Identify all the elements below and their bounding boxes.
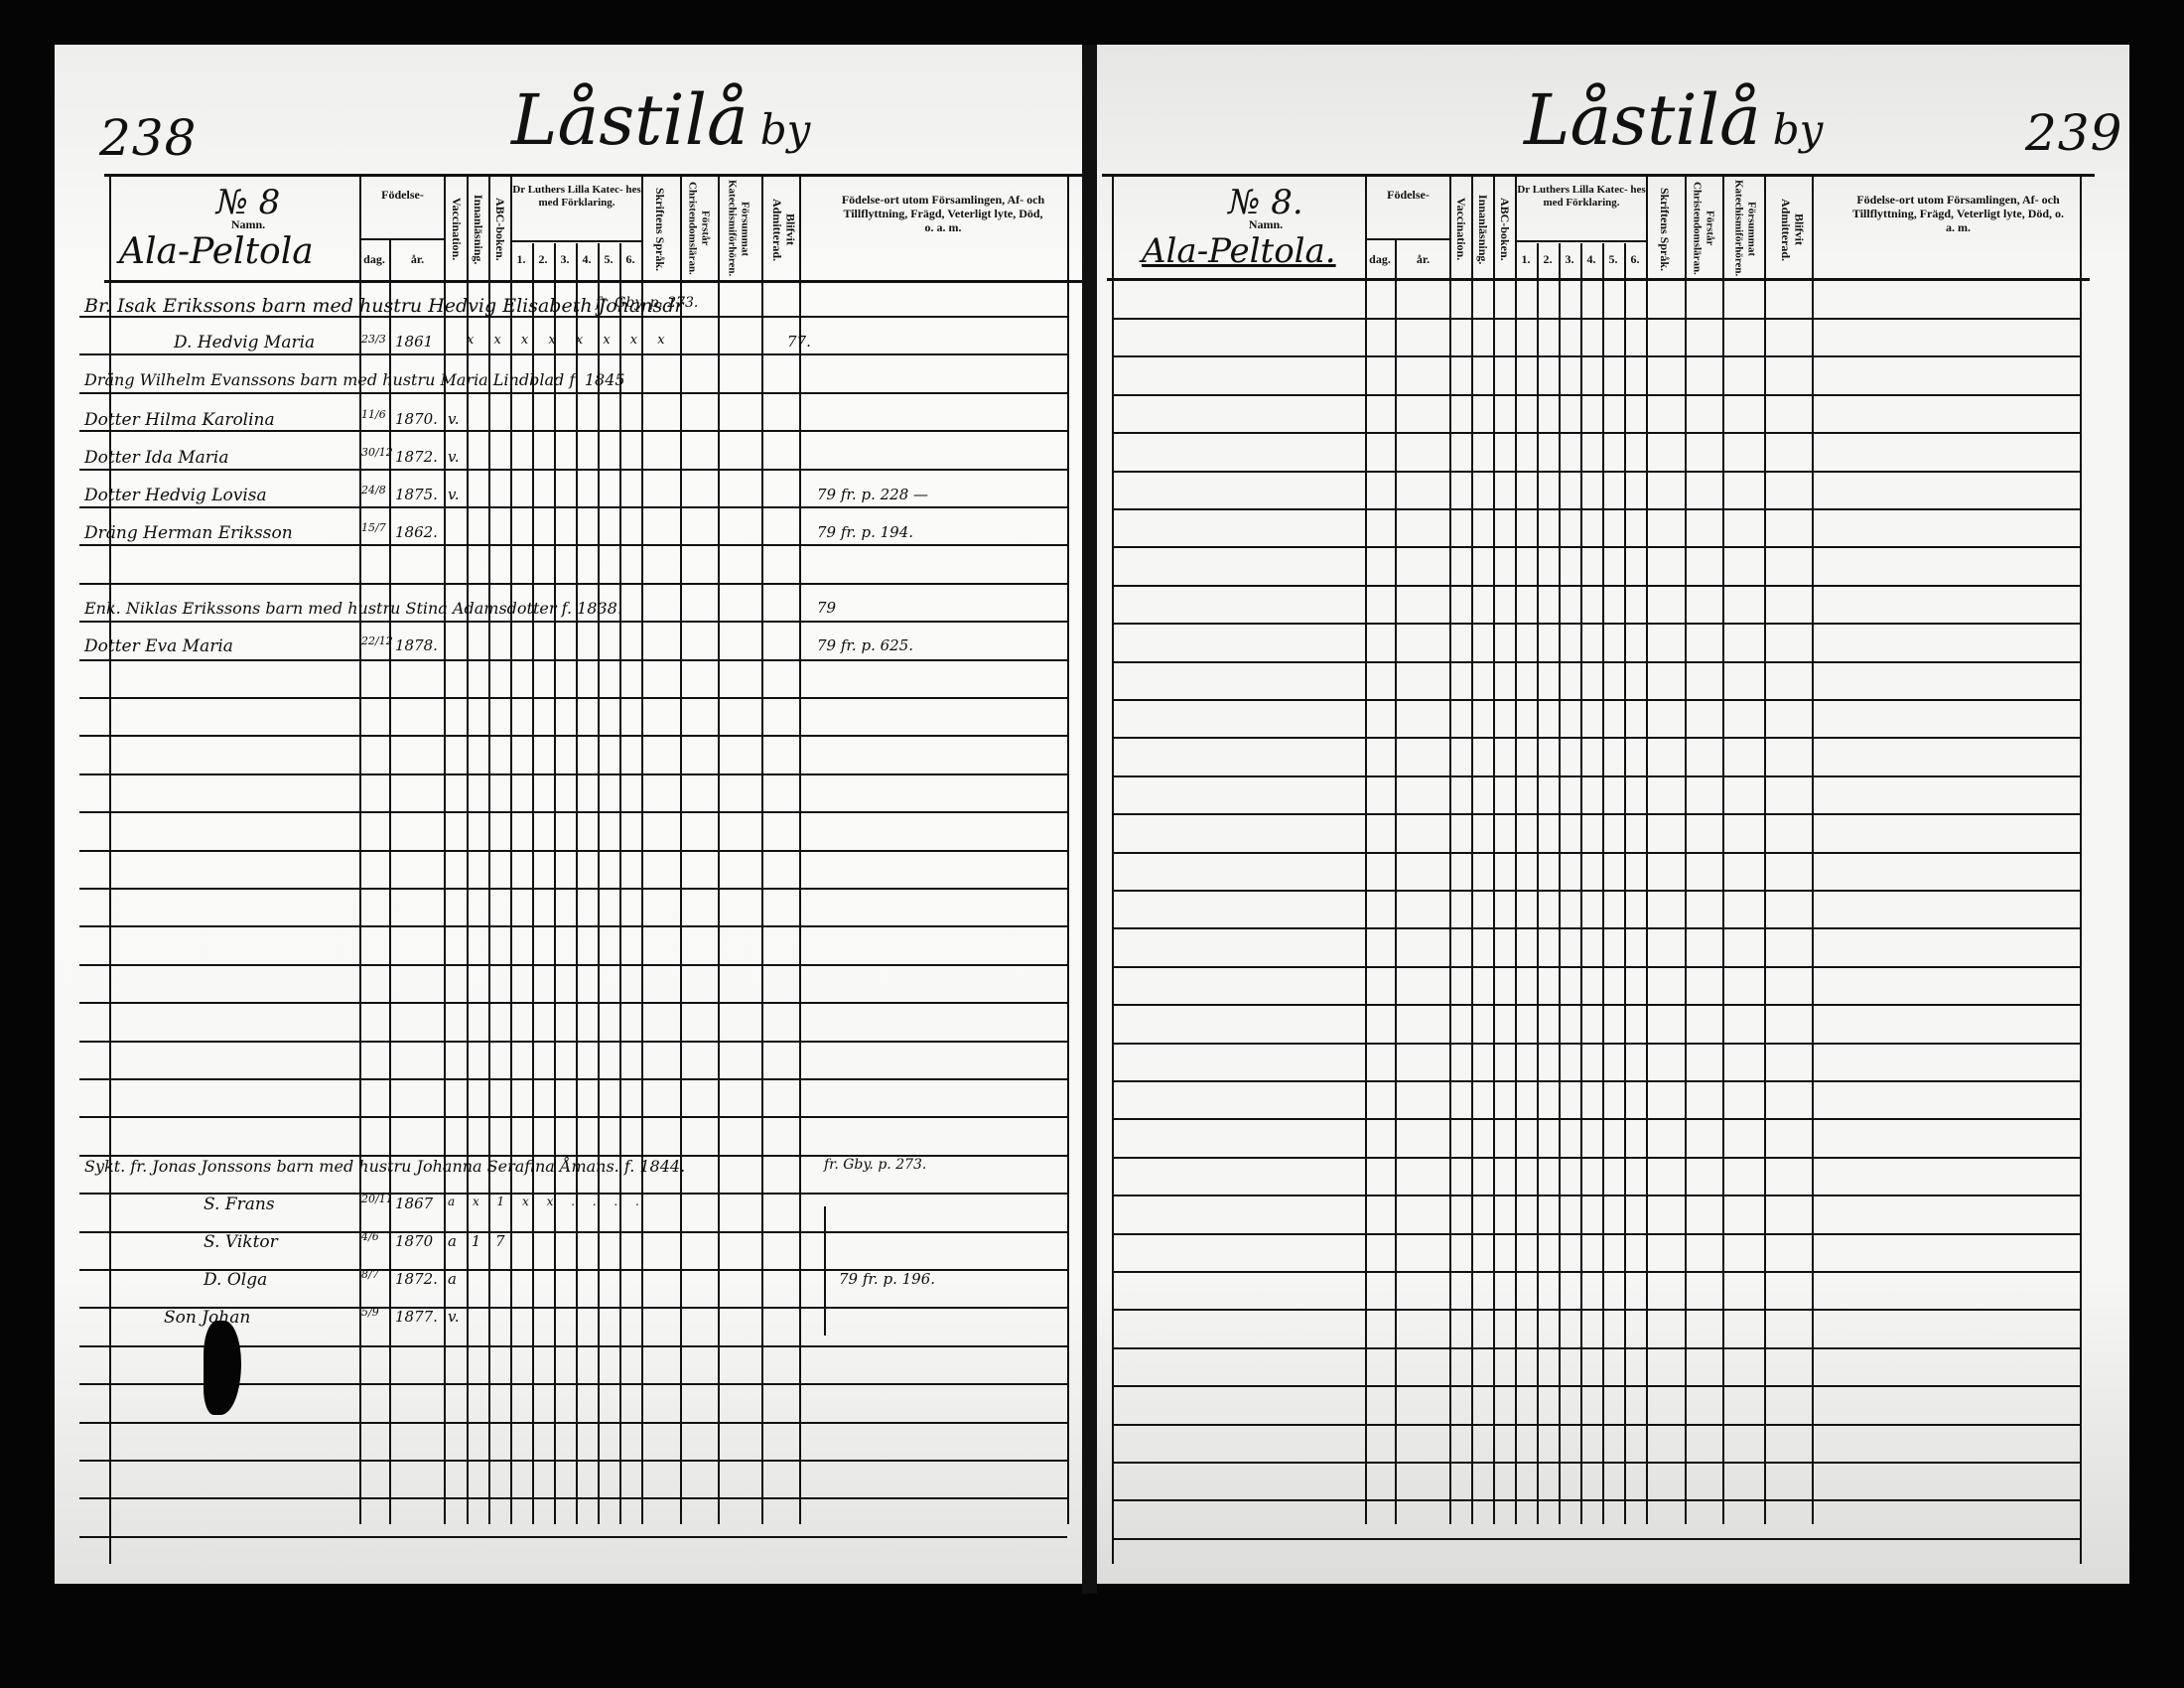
row-rule — [1112, 623, 2080, 625]
ink-blot — [204, 1321, 241, 1415]
kat-col-5: 5. — [598, 253, 619, 267]
vaccination-header: Vaccination. — [1453, 184, 1467, 275]
entry-name: S. Frans — [204, 1195, 275, 1214]
col-border — [619, 243, 621, 1524]
row-rule — [79, 621, 1067, 623]
entry-marks: x x x x x x x x — [467, 333, 673, 348]
katekes-sub-rule — [510, 240, 641, 242]
entry-name: Br. Isak Erikssons barn med hustru Hedvi… — [84, 295, 683, 317]
col-border — [1515, 174, 1517, 1524]
table-top-rule — [1102, 174, 2095, 177]
col-border — [576, 243, 578, 1524]
col-border — [554, 243, 556, 1524]
kat-col-3: 3. — [554, 253, 576, 267]
page-number: 238 — [99, 109, 197, 167]
col-border — [1471, 174, 1473, 1524]
kat-col-4: 4. — [1580, 253, 1602, 267]
row-rule — [79, 925, 1067, 927]
village-title: Låstilåby — [1524, 79, 1823, 161]
row-rule — [1112, 471, 2080, 473]
dag-header: dag. — [1365, 253, 1395, 267]
row-rule — [1112, 890, 2080, 892]
entry-name: D. Hedvig Maria — [174, 333, 315, 352]
entry-dag: 23/3 — [361, 333, 386, 346]
row-rule — [79, 735, 1067, 737]
col-border — [1449, 174, 1451, 1524]
book-spine — [1082, 45, 1097, 1594]
row-rule — [1112, 355, 2080, 357]
entry-remarks: fr. Gby. p. 273. — [596, 295, 698, 311]
row-rule — [79, 1002, 1067, 1004]
col-border — [2080, 174, 2082, 1564]
col-border — [1646, 174, 1648, 1524]
entry-dag: 30/12 — [361, 446, 393, 459]
row-rule — [79, 697, 1067, 699]
row-rule — [1112, 1004, 2080, 1006]
row-rule — [1112, 1080, 2080, 1082]
row-rule — [79, 506, 1067, 508]
row-rule — [1112, 432, 2080, 434]
row-rule — [1112, 1195, 2080, 1196]
fodelse-header: Födelse- — [361, 189, 444, 203]
skriftens-header: Skriftens Språk. — [652, 184, 666, 275]
row-rule — [1112, 927, 2080, 929]
col-border — [532, 243, 534, 1524]
entry-ar: 1867 — [395, 1195, 433, 1212]
household-number-header: № 8 Namn. — [149, 184, 347, 232]
household-name: Ala-Peltola — [119, 231, 314, 272]
entry-ar: 1875. — [395, 486, 438, 503]
entry-name: Dräng Herman Eriksson — [84, 523, 293, 543]
entry-name: Son Johan — [164, 1308, 250, 1328]
ar-header: år. — [1397, 253, 1449, 267]
katekes-header: Dr Luthers Lilla Katec- hes med Förklari… — [1517, 184, 1646, 209]
kat-col-1: 1. — [1515, 253, 1537, 267]
col-border — [1365, 174, 1367, 1524]
row-rule — [1112, 1157, 2080, 1159]
row-rule — [1112, 699, 2080, 701]
name-header: Namn. — [149, 218, 347, 232]
row-rule — [1112, 318, 2080, 320]
entry-ar: 1861 — [395, 333, 433, 351]
entry-marks: a x 1 x x . . . . — [448, 1195, 646, 1208]
household-name: Ala-Peltola. — [1142, 231, 1336, 271]
col-border — [1112, 174, 1114, 1564]
entry-marks: a — [448, 1270, 457, 1288]
row-rule — [79, 964, 1067, 966]
entry-remarks: 79 fr. p. 196. — [839, 1270, 935, 1288]
village-suffix: by — [1773, 105, 1824, 154]
entry-name: Sykt. fr. Jonas Jonssons barn med hustru… — [84, 1157, 685, 1176]
row-rule — [1112, 585, 2080, 587]
entry-ar: 1872. — [395, 1270, 438, 1288]
col-border — [1722, 174, 1724, 1524]
right-page: Låstilåby 239 № 8. Namn. Ala-Peltola. Fö… — [1097, 45, 2129, 1584]
row-rule — [79, 430, 1067, 432]
kat-col-4: 4. — [576, 253, 598, 267]
forstar-header: Förstår Christendomsläran. — [686, 180, 711, 277]
col-border — [1559, 243, 1561, 1524]
entry-name: Dotter Hedvig Lovisa — [84, 486, 267, 505]
col-border — [1537, 243, 1539, 1524]
col-border — [1602, 243, 1604, 1524]
vaccination-header: Vaccination. — [449, 184, 463, 275]
row-rule — [79, 850, 1067, 852]
entry-remarks: 79 fr. p. 625. — [817, 636, 913, 654]
remarks-header: Födelse-ort utom Församlingen, Af- och T… — [1851, 194, 2065, 234]
entry-remarks: fr. Gby. p. 273. — [824, 1157, 926, 1173]
forsummat-header: Försummat Katechismiförhören. — [1732, 180, 1757, 277]
row-rule — [79, 888, 1067, 890]
col-border — [1812, 174, 1814, 1524]
bracket-mark — [824, 1206, 826, 1336]
row-rule — [79, 392, 1067, 394]
blifvit-header: Blifvit Admitterad. — [769, 184, 797, 275]
page-number: 239 — [2025, 104, 2122, 162]
entry-name: Dotter Hilma Karolina — [84, 410, 275, 430]
row-rule — [79, 1116, 1067, 1118]
row-rule — [1112, 737, 2080, 739]
entry-marks: v. — [448, 486, 459, 503]
row-rule — [1112, 852, 2080, 854]
col-border — [1580, 243, 1582, 1524]
village-name: Låstilå — [1524, 79, 1761, 161]
entry-ar: 1870. — [395, 410, 438, 428]
row-rule — [1112, 1043, 2080, 1045]
kat-col-2: 2. — [1537, 253, 1559, 267]
row-rule — [1112, 1233, 2080, 1235]
entry-name: S. Viktor — [204, 1232, 278, 1252]
row-rule — [1112, 1538, 2080, 1540]
row-rule — [1112, 394, 2080, 396]
fodelse-header: Födelse- — [1367, 189, 1449, 203]
entry-dag: 22/12 — [361, 634, 393, 647]
row-rule — [79, 1078, 1067, 1080]
village-suffix: by — [760, 105, 811, 154]
village-title: Låstilåby — [511, 79, 810, 161]
row-rule — [1112, 1424, 2080, 1426]
row-rule — [79, 774, 1067, 775]
row-rule — [79, 1460, 1067, 1462]
row-rule — [1112, 1118, 2080, 1120]
row-rule — [79, 469, 1067, 471]
abc-header: ABC-boken. — [1497, 184, 1511, 275]
remarks-header: Födelse-ort utom Församlingen, Af- och T… — [839, 194, 1047, 234]
entry-remarks: 79 — [817, 599, 836, 617]
entry-remarks: 79 fr. p. 194. — [817, 523, 913, 541]
name-header: Namn. — [1166, 218, 1365, 232]
entry-blifvit: 77. — [787, 333, 811, 351]
row-rule — [1112, 1309, 2080, 1311]
katekes-sub-rule — [1515, 240, 1646, 242]
entry-dag: 15/7 — [361, 521, 386, 534]
row-rule — [79, 1536, 1067, 1538]
row-rule — [1112, 546, 2080, 548]
col-border — [598, 243, 600, 1524]
entry-dag: 20/11 — [361, 1193, 393, 1205]
header-bottom-rule — [104, 280, 1082, 283]
entry-marks: a 1 7 — [448, 1232, 510, 1250]
entry-ar: 1870 — [395, 1232, 433, 1250]
kat-col-6: 6. — [1624, 253, 1646, 267]
entry-dag: 5/9 — [361, 1306, 379, 1319]
col-border — [1067, 174, 1069, 1524]
forstar-header: Förstår Christendomsläran. — [1691, 180, 1715, 277]
dag-header: dag. — [359, 253, 389, 267]
col-border — [1764, 174, 1766, 1524]
row-rule — [79, 583, 1067, 585]
household-number-header: № 8. Namn. — [1166, 184, 1365, 232]
row-rule — [1112, 661, 2080, 663]
row-rule — [79, 544, 1067, 546]
entry-dag: 8/7 — [361, 1268, 379, 1281]
left-page: 238 Låstilåby № 8 Namn. Ala-Peltola Föde… — [55, 45, 1082, 1584]
row-rule — [1112, 775, 2080, 777]
skriftens-header: Skriftens Språk. — [1657, 184, 1671, 275]
table-top-rule — [104, 174, 1082, 177]
kat-col-1: 1. — [510, 253, 532, 267]
entry-remarks: 79 fr. p. 228 — — [817, 486, 928, 503]
entry-marks: v. — [448, 410, 459, 428]
katekes-header: Dr Luthers Lilla Katec- hes med Förklari… — [512, 184, 641, 209]
row-rule — [79, 659, 1067, 661]
entry-ar: 1877. — [395, 1308, 438, 1326]
entry-marks: v. — [448, 448, 459, 466]
row-rule — [1112, 813, 2080, 815]
entry-ar: 1878. — [395, 636, 438, 654]
col-border — [1624, 243, 1626, 1524]
entry-marks: v. — [448, 1308, 459, 1326]
row-rule — [1112, 1499, 2080, 1501]
abc-header: ABC-boken. — [492, 184, 506, 275]
fodelse-sub-rule — [359, 238, 444, 240]
row-rule — [1112, 508, 2080, 510]
kat-col-2: 2. — [532, 253, 554, 267]
row-rule — [79, 1497, 1067, 1499]
entry-dag: 11/6 — [361, 408, 386, 421]
kat-col-3: 3. — [1559, 253, 1580, 267]
entry-ar: 1872. — [395, 448, 438, 466]
kat-col-5: 5. — [1602, 253, 1624, 267]
col-border — [1685, 174, 1687, 1524]
kat-col-6: 6. — [619, 253, 641, 267]
blifvit-header: Blifvit Admitterad. — [1778, 184, 1806, 275]
entry-name: Enk. Niklas Erikssons barn med hustru St… — [84, 599, 622, 618]
row-rule — [79, 1041, 1067, 1043]
entry-name: Dräng Wilhelm Evanssons barn med hustru … — [84, 370, 625, 389]
row-rule — [79, 353, 1067, 355]
col-border — [1493, 174, 1495, 1524]
entry-dag: 24/8 — [361, 484, 386, 496]
fodelse-sub-rule — [1365, 238, 1449, 240]
row-rule — [1112, 1462, 2080, 1464]
row-rule — [1112, 1271, 2080, 1273]
header-bottom-rule — [1107, 278, 2090, 281]
innanlasning-header: Innanläsning. — [471, 184, 484, 275]
entry-dag: 4/6 — [361, 1230, 379, 1243]
ar-header: år. — [391, 253, 444, 267]
row-rule — [79, 811, 1067, 813]
row-rule — [1112, 966, 2080, 968]
village-name: Låstilå — [511, 79, 749, 161]
row-rule — [1112, 1347, 2080, 1349]
forsummat-header: Försummat Katechismiförhören. — [726, 180, 751, 277]
entry-name: D. Olga — [204, 1270, 267, 1290]
row-rule — [79, 1422, 1067, 1424]
row-rule — [1112, 1385, 2080, 1387]
innanlasning-header: Innanläsning. — [1475, 184, 1489, 275]
entry-name: Dotter Eva Maria — [84, 636, 233, 656]
entry-ar: 1862. — [395, 523, 438, 541]
entry-name: Dotter Ida Maria — [84, 448, 229, 468]
